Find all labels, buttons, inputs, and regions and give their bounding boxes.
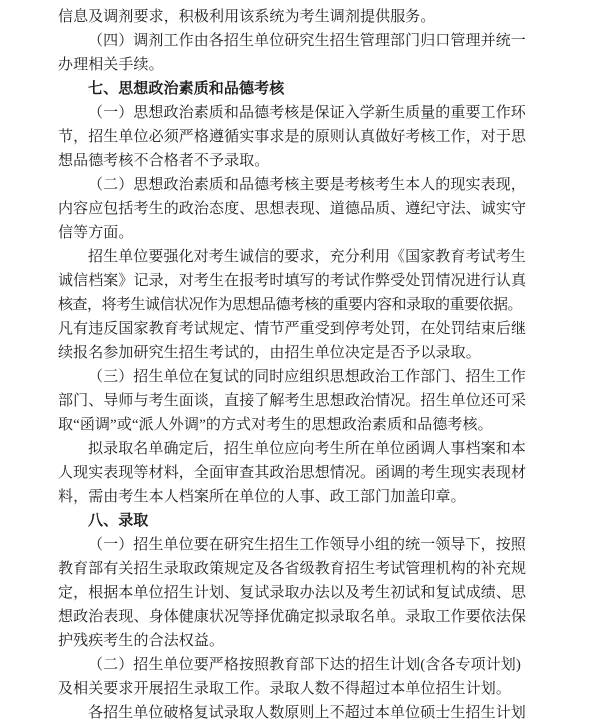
section-heading: 八、录取 (58, 509, 558, 533)
text-line: 料，需由考生本人档案所在单位的人事、政工部门加盖印章。 (58, 485, 558, 509)
text-line: 内容应包括考生的政治态度、思想表现、道德品质、遵纪守法、诚实守 (58, 197, 558, 221)
text-line: 想品德考核不合格者不予录取。 (58, 149, 558, 173)
text-line: （一）招生单位要在研究生招生工作领导小组的统一领导下，按照 (58, 533, 558, 557)
document-page: 信息及调剂要求，积极利用该系统为考生调剂提供服务。（四）调剂工作由各招生单位研究… (0, 0, 600, 720)
text-line: 护残疾考生的合法权益。 (58, 629, 558, 653)
text-line: 各招生单位破格复试录取人数原则上不超过本单位硕士生招生计划 (58, 701, 558, 720)
text-line: （二）思想政治素质和品德考核主要是考核考生本人的现实表现， (58, 173, 558, 197)
text-line: 教育部有关招生录取政策规定及各省级教育招生考试管理机构的补充规 (58, 557, 558, 581)
document-text: 信息及调剂要求，积极利用该系统为考生调剂提供服务。（四）调剂工作由各招生单位研究… (58, 5, 558, 720)
text-line: 人现实表现等材料，全面审查其政治思想情况。函调的考生现实表现材 (58, 461, 558, 485)
text-line: 续报名参加研究生招生考试的，由招生单位决定是否予以录取。 (58, 341, 558, 365)
text-line: 办理相关手续。 (58, 53, 558, 77)
text-line: （四）调剂工作由各招生单位研究生招生管理部门归口管理并统一 (58, 29, 558, 53)
text-line: 信等方面。 (58, 221, 558, 245)
text-line: （二）招生单位要严格按照教育部下达的招生计划(含各专项计划) (58, 653, 558, 677)
text-line: 节，招生单位必须严格遵循实事求是的原则认真做好考核工作，对于思 (58, 125, 558, 149)
text-line: （三）招生单位在复试的同时应组织思想政治工作部门、招生工作 (58, 365, 558, 389)
text-line: 核查，将考生诚信状况作为思想品德考核的重要内容和录取的重要依据。 (58, 293, 558, 317)
text-line: 及相关要求开展招生录取工作。录取人数不得超过本单位招生计划。 (58, 677, 558, 701)
text-line: 信息及调剂要求，积极利用该系统为考生调剂提供服务。 (58, 5, 558, 29)
text-line: 拟录取名单确定后，招生单位应向考生所在单位函调人事档案和本 (58, 437, 558, 461)
text-line: 招生单位要强化对考生诚信的要求，充分利用《国家教育考试考生 (58, 245, 558, 269)
text-line: 部门、导师与考生面谈，直接了解考生思想政治情况。招生单位还可采 (58, 389, 558, 413)
text-line: 想政治表现、身体健康状况等择优确定拟录取名单。录取工作要依法保 (58, 605, 558, 629)
text-line: 凡有违反国家教育考试规定、情节严重受到停考处罚，在处罚结束后继 (58, 317, 558, 341)
section-heading: 七、思想政治素质和品德考核 (58, 77, 558, 101)
text-line: （一）思想政治素质和品德考核是保证入学新生质量的重要工作环 (58, 101, 558, 125)
text-line: 定，根据本单位招生计划、复试录取办法以及考生初试和复试成绩、思 (58, 581, 558, 605)
text-line: 取“函调”或“派人外调”的方式对考生的思想政治素质和品德考核。 (58, 413, 558, 437)
text-line: 诚信档案》记录，对考生在报考时填写的考试作弊受处罚情况进行认真 (58, 269, 558, 293)
